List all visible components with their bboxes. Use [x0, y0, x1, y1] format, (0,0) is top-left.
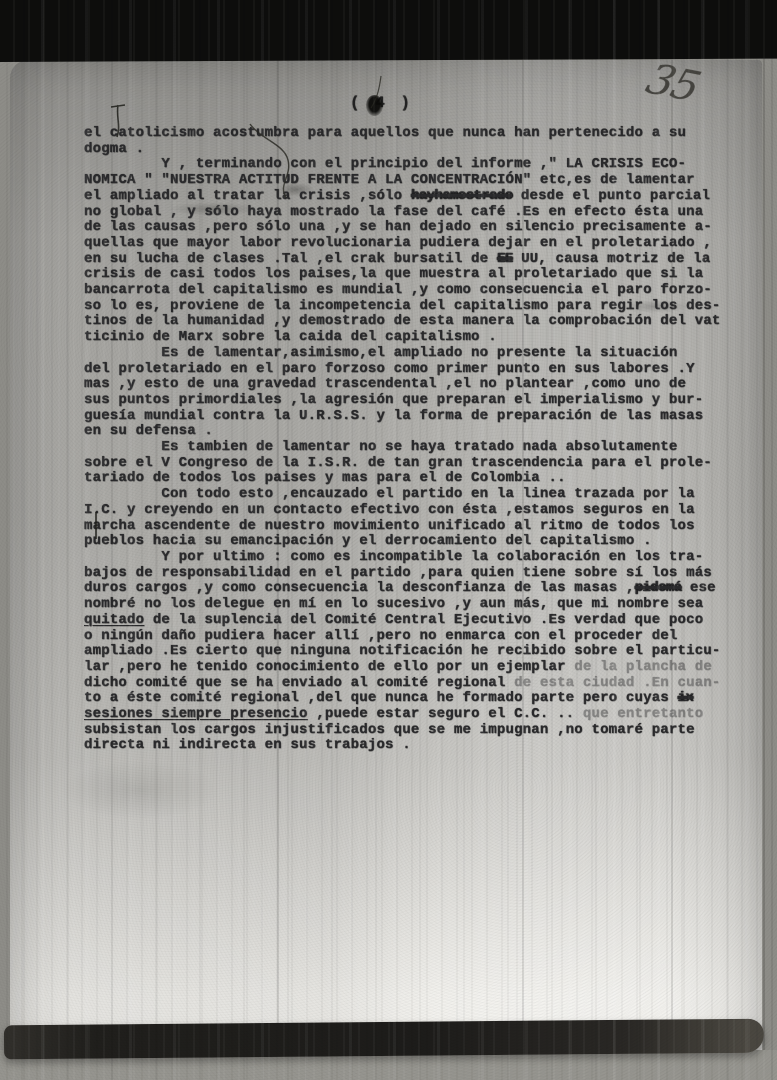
scanned-document-page: ( 4 ) 35 el catolicismo acostumbra para …: [0, 0, 777, 1080]
text-segment: Es tambien de lamentar no se haya tratad…: [84, 439, 678, 455]
text-segment: quellas que mayor labor revolucionaria p…: [84, 235, 712, 251]
text-segment-under: sesiones siempre presencio: [84, 706, 308, 722]
text-segment: subsistan los cargos injustificados que …: [84, 722, 695, 738]
text-segment: ampliado .Es cierto que ninguna notifica…: [84, 643, 721, 659]
text-line: ticinio de Marx sobre la caida del capit…: [84, 330, 744, 346]
text-segment: dicho comité que se ha enviado al comité…: [84, 675, 514, 691]
text-line: nombré no los delegue en mí en lo sucesi…: [84, 597, 744, 613]
text-line: guesía mundial contra la U.R.S.S. y la f…: [84, 409, 744, 425]
text-line: lar ,pero he tenido conocimiento de ello…: [84, 660, 744, 676]
text-line: duros cargos ,y como consecuencia la des…: [84, 581, 744, 597]
text-segment: to a éste comité regional ,del que nunca…: [84, 690, 678, 706]
text-segment: de la suplencia del Comité Central Ejecu…: [144, 612, 703, 628]
text-segment: marcha ascendente de nuestro movimiento …: [84, 518, 695, 534]
ink-blot: [366, 95, 383, 116]
text-segment-strike: pidomá: [635, 580, 682, 596]
text-segment-strike: hayhamostrado: [411, 188, 512, 204]
text-segment: Y , terminando con el principio del info…: [84, 156, 686, 172]
text-segment: del proletariado en el paro forzoso como…: [84, 361, 695, 377]
typewritten-text: el catolicismo acostumbra para aquellos …: [84, 126, 744, 754]
text-line: marcha ascendente de nuestro movimiento …: [84, 519, 744, 535]
text-segment-under: quitado: [84, 612, 144, 628]
text-line: o ningún daño pudiera hacer allí ,pero n…: [84, 629, 744, 645]
text-segment: de las causas ,pero sólo una ,y se han d…: [84, 219, 712, 235]
text-line: en su defensa .: [84, 424, 744, 440]
text-line: en su lucha de clases .Tal ,el crak burs…: [84, 252, 744, 268]
text-line: el ampliado al tratar la crisis ,sólo ha…: [84, 189, 744, 205]
text-segment: pueblos hacia su emancipación y el derro…: [84, 533, 652, 549]
text-segment: tinos de la humanidad ,y demostrado de e…: [84, 313, 721, 329]
text-segment: ,puede estar seguro el C.C. ..: [308, 706, 583, 722]
text-segment-strike: EE: [497, 251, 513, 267]
text-line: no global , y sólo haya mostrado la fase…: [84, 205, 744, 221]
text-segment: en su lucha de clases .Tal ,el crak burs…: [84, 251, 497, 267]
text-segment: tariado de todos los paises y mas para e…: [84, 470, 566, 486]
scan-top-border: [0, 0, 777, 62]
text-segment: directa ni indirecta en sus trabajos .: [84, 737, 411, 753]
text-segment-faint: de la plancha de: [574, 659, 712, 675]
text-line: to a éste comité regional ,del que nunca…: [84, 691, 744, 707]
text-segment: UU, causa motriz de la: [512, 251, 710, 267]
text-segment: I.C. y creyendo en un contacto efectivo …: [84, 502, 695, 518]
text-segment: nombré no los delegue en mí en lo sucesi…: [84, 596, 703, 612]
text-line: del proletariado en el paro forzoso como…: [84, 362, 744, 378]
text-segment: Es de lamentar,asimismo,el ampliado no p…: [84, 345, 678, 361]
text-segment: Y por ultimo : como es incompatible la c…: [84, 549, 703, 565]
text-line: crisis de casi todos los paises,la que m…: [84, 267, 744, 283]
text-line: el catolicismo acostumbra para aquellos …: [84, 126, 744, 142]
text-segment: desde el punto parcial: [512, 188, 710, 204]
text-line: sesiones siempre presencio ,puede estar …: [84, 707, 744, 723]
text-line: NOMICA " "NUESTRA ACTITUD FRENTE A LA CO…: [84, 173, 744, 189]
text-line: Y por ultimo : como es incompatible la c…: [84, 550, 744, 566]
text-segment: crisis de casi todos los paises,la que m…: [84, 266, 703, 282]
text-line: pueblos hacia su emancipación y el derro…: [84, 534, 744, 550]
text-segment: sobre el V Congreso de la I.S.R. de tan …: [84, 455, 712, 471]
text-segment-strike: ix: [678, 690, 694, 706]
text-segment: en su defensa .: [84, 423, 213, 439]
text-line: I.C. y creyendo en un contacto efectivo …: [84, 503, 744, 519]
text-segment: NOMICA " "NUESTRA ACTITUD FRENTE A LA CO…: [84, 172, 695, 188]
text-line: sus puntos primordiales ,la agresión que…: [84, 393, 744, 409]
text-segment: guesía mundial contra la U.R.S.S. y la f…: [84, 408, 703, 424]
text-line: Es de lamentar,asimismo,el ampliado no p…: [84, 346, 744, 362]
scan-streak-line: [763, 0, 765, 1080]
text-segment-faint: de esta ciudad .En cuan-: [514, 675, 720, 691]
text-segment: bajos de responsabilidad en el partido ,…: [84, 565, 712, 581]
text-segment: el catolicismo acostumbra para aquellos …: [84, 125, 686, 141]
text-segment: el ampliado al tratar la crisis ,sólo: [84, 188, 411, 204]
text-line: directa ni indirecta en sus trabajos .: [84, 738, 744, 754]
text-line: tinos de la humanidad ,y demostrado de e…: [84, 314, 744, 330]
text-line: dicho comité que se ha enviado al comité…: [84, 676, 744, 692]
text-segment: no global , y sólo haya mostrado la fase…: [84, 204, 703, 220]
text-line: quitado de la suplencia del Comité Centr…: [84, 613, 744, 629]
text-line: Es tambien de lamentar no se haya tratad…: [84, 440, 744, 456]
text-segment-faint: que entretanto: [583, 706, 703, 722]
text-line: tariado de todos los paises y mas para e…: [84, 471, 744, 487]
text-segment: sus puntos primordiales ,la agresión que…: [84, 392, 703, 408]
text-segment: lar ,pero he tenido conocimiento de ello…: [84, 659, 574, 675]
text-line: Y , terminando con el principio del info…: [84, 157, 744, 173]
text-line: ampliado .Es cierto que ninguna notifica…: [84, 644, 744, 660]
text-segment: dogma .: [84, 141, 144, 157]
text-line: bancarrota del capitalismo es mundial ,y…: [84, 283, 744, 299]
text-segment: ticinio de Marx sobre la caida del capit…: [84, 329, 497, 345]
text-line: Con todo esto ,encauzado el partido en l…: [84, 487, 744, 503]
text-segment: Con todo esto ,encauzado el partido en l…: [84, 486, 695, 502]
text-segment: so lo es, proviene de la incompetencia d…: [84, 298, 721, 314]
text-line: quellas que mayor labor revolucionaria p…: [84, 236, 744, 252]
text-line: de las causas ,pero sólo una ,y se han d…: [84, 220, 744, 236]
text-segment: o ningún daño pudiera hacer allí ,pero n…: [84, 628, 678, 644]
text-segment: ese: [681, 580, 715, 596]
text-segment: mas ,y esto de una gravedad trascendenta…: [84, 376, 686, 392]
text-line: mas ,y esto de una gravedad trascendenta…: [84, 377, 744, 393]
text-segment: duros cargos ,y como consecuencia la des…: [84, 580, 635, 596]
text-segment: bancarrota del capitalismo es mundial ,y…: [84, 282, 712, 298]
page-bottom-shadow-band: [4, 1019, 764, 1060]
